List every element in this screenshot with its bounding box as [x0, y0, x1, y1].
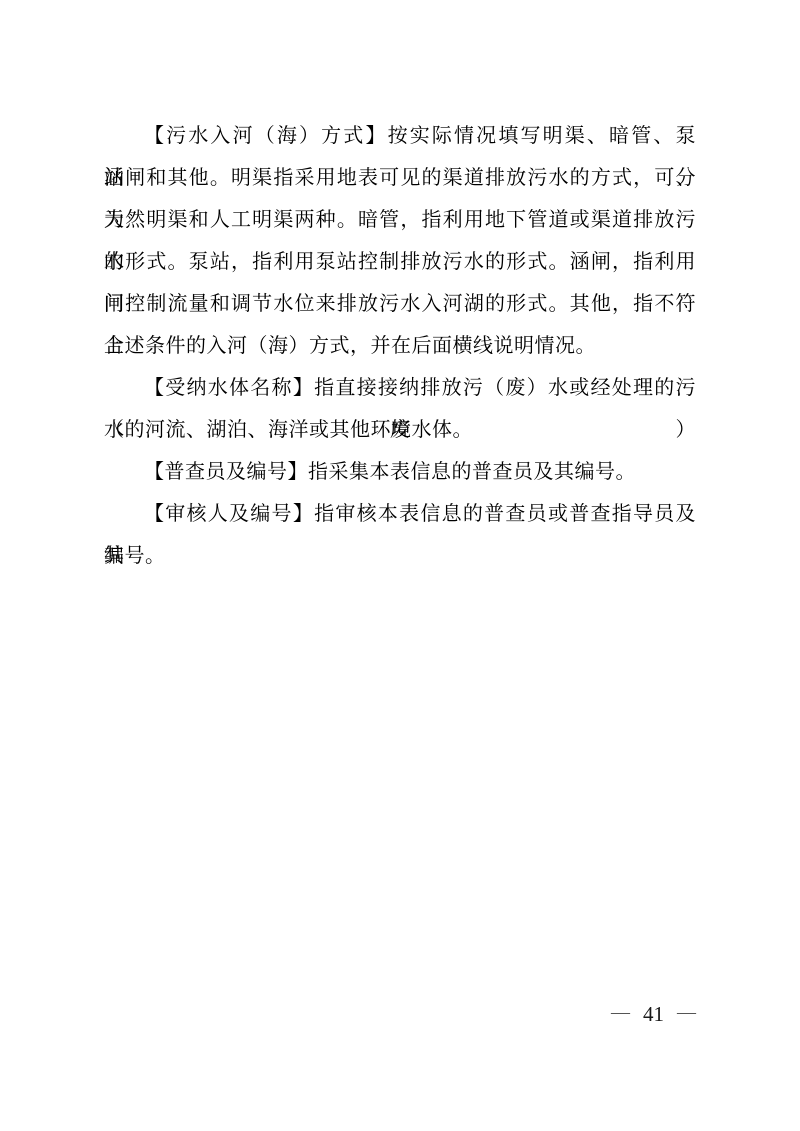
instructions-text-block: 【污水入河（海）方式】按实际情况填写明渠、暗管、泵站、 涵闸和其他。明渠指采用地… [104, 115, 696, 577]
page-number: 41 [643, 1001, 664, 1027]
page-number-footer: — 41 — [611, 1001, 696, 1027]
document-page: 【污水入河（海）方式】按实际情况填写明渠、暗管、泵站、 涵闸和其他。明渠指采用地… [0, 0, 800, 1131]
paragraph-line: 【普查员及编号】指采集本表信息的普查员及其编号。 [104, 451, 696, 493]
paragraph-line: 门控制流量和调节水位来排放污水入河湖的形式。其他，指不符合 [104, 283, 696, 325]
paragraph-line: 的形式。泵站，指利用泵站控制排放污水的形式。涵闸，指利用闸 [104, 241, 696, 283]
paragraph-line: 【污水入河（海）方式】按实际情况填写明渠、暗管、泵站、 [104, 115, 696, 157]
paragraph-line: 【受纳水体名称】指直接接纳排放污（废）水或经处理的污（废） [104, 367, 696, 409]
paragraph-line: 【审核人及编号】指审核本表信息的普查员或普查指导员及其 [104, 493, 696, 535]
paragraph-line: 天然明渠和人工明渠两种。暗管，指利用地下管道或渠道排放污水 [104, 199, 696, 241]
paragraph-line: 涵闸和其他。明渠指采用地表可见的渠道排放污水的方式，可分为 [104, 157, 696, 199]
page-number-dash-right: — [677, 1000, 696, 1026]
page-number-dash-left: — [611, 1000, 630, 1026]
paragraph-line: 上述条件的入河（海）方式，并在后面横线说明情况。 [104, 325, 696, 367]
paragraph-line: 编号。 [104, 535, 696, 577]
